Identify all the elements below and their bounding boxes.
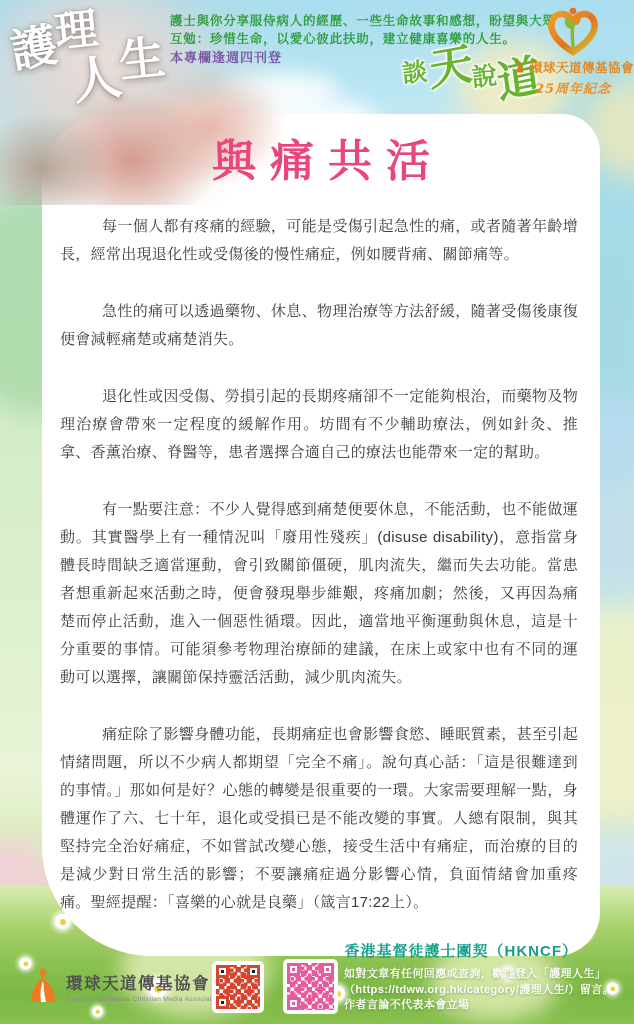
qr-finder <box>321 963 334 976</box>
association-logo-block: 環球天道傳基協會 25周年紀念 <box>512 6 634 97</box>
organisation-badge: 環球天道傳基協會 Tien Dao Worldwide Christian Me… <box>28 968 221 1004</box>
footer-url[interactable]: （https://tdww.org.hk/category/護理人生/）留言。 <box>344 983 630 999</box>
association-name-text: 環球天道傳基協會 <box>530 58 634 76</box>
qr-finder <box>247 965 260 978</box>
qr-finder <box>287 963 300 976</box>
footer-note-line-1: 如對文章有任何回應或查詢，歡迎登入「護理人生」 <box>344 967 630 983</box>
qr-modules <box>216 965 260 1009</box>
footer-note: 如對文章有任何回應或查詢，歡迎登入「護理人生」 （https://tdww.or… <box>344 967 630 1014</box>
qr-finder <box>287 997 300 1010</box>
organisation-name-en: Tien Dao Worldwide Christian Media Assoc… <box>66 996 221 1003</box>
paragraph: 有一點要注意：不少人覺得感到痛楚便要休息，不能活動，也不能做運動。其實醫學上有一… <box>60 496 578 692</box>
footer-disclaimer: 作者言論不代表本會立場 <box>344 998 630 1014</box>
paragraph: 急性的痛可以透過藥物、休息、物理治療等方法舒緩，隨著受傷後康復便會減輕痛楚或痛楚… <box>60 298 578 354</box>
poster-page: 護 理 人 生 護士與你分享服侍病人的經歷、一些生命故事和感想，盼望與大眾 互勉… <box>0 0 634 1024</box>
qr-finder <box>216 965 229 978</box>
organisation-text: 環球天道傳基協會 Tien Dao Worldwide Christian Me… <box>66 970 221 1003</box>
paragraph: 退化性或因受傷、勞損引起的長期疼痛卻不一定能夠根治，而藥物及物理治療會帶來一定程… <box>60 383 578 467</box>
paragraph: 痛症除了影響身體功能，長期痛症也會影響食慾、睡眠質素，甚至引起情緒問題，所以不少… <box>60 721 578 917</box>
footer: 環球天道傳基協會 Tien Dao Worldwide Christian Me… <box>0 952 634 1024</box>
mini-flame-icon <box>514 61 525 73</box>
masthead-title-char: 生 <box>117 34 168 85</box>
qr-finder <box>216 996 229 1009</box>
logo-char: 說 <box>471 63 498 90</box>
masthead-title-char: 人 <box>68 51 124 107</box>
anniversary-text: 25周年紀念 <box>512 78 634 97</box>
organisation-name: 環球天道傳基協會 <box>66 970 221 994</box>
article-title: 與痛共活 <box>42 136 600 189</box>
logo-char: 天 <box>428 42 474 94</box>
logo-char: 談 <box>401 59 428 86</box>
article-body: 每一個人都有疼痛的經驗，可能是受傷引起急性的痛，或者隨著年齡增長，經常出現退化性… <box>42 213 600 917</box>
org-flame-icon <box>28 968 58 1004</box>
qr-code-red <box>212 961 264 1013</box>
association-name: 環球天道傳基協會 <box>512 58 634 76</box>
heart-sprout-logo-icon <box>542 6 604 56</box>
masthead-title-char: 理 <box>53 8 100 55</box>
masthead-title-char: 護 <box>7 21 60 74</box>
qr-modules <box>287 963 334 1010</box>
paragraph: 每一個人都有疼痛的經驗，可能是受傷引起急性的痛，或者隨著年齡增長，經常出現退化性… <box>60 213 578 269</box>
article: 與痛共活 每一個人都有疼痛的經驗，可能是受傷引起急性的痛，或者隨著年齡增長，經常… <box>42 114 600 961</box>
qr-code-pink <box>283 959 338 1014</box>
